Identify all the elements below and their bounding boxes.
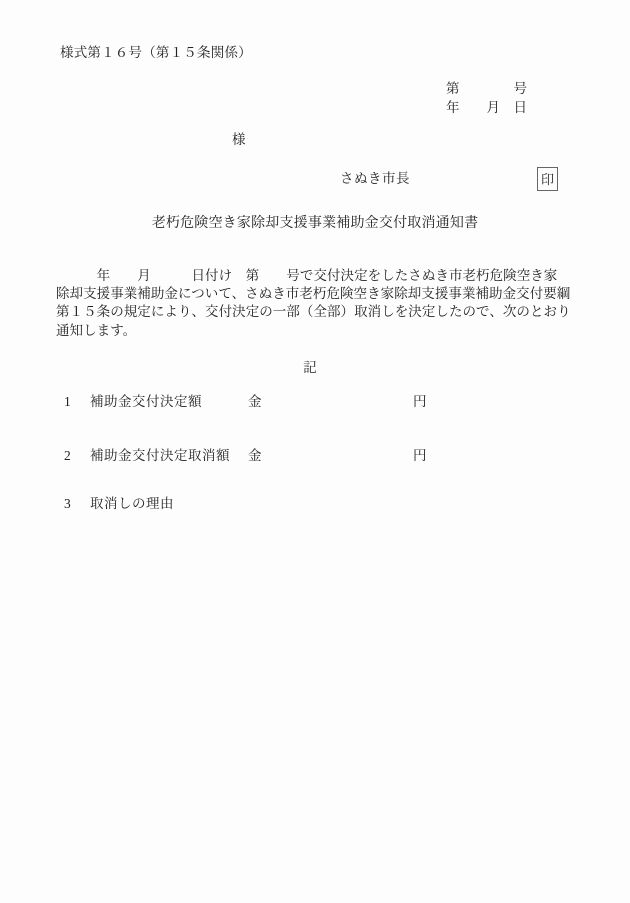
currency-prefix: 金 bbox=[248, 395, 262, 409]
item-label: 取消しの理由 bbox=[90, 497, 174, 511]
document-number-line: 第 号 bbox=[446, 82, 527, 96]
body-paragraph: 年 月 日付け 第 号で交付決定をしたさぬき市老朽危険空き家 除却支援事業補助金… bbox=[56, 269, 596, 342]
sender-name: さぬき市長 bbox=[340, 172, 410, 186]
item-row-grant-amount: 1 補助金交付決定額 金 円 bbox=[0, 395, 630, 411]
item-number: 2 bbox=[64, 449, 71, 463]
body-line: 第１５条の規定により、交付決定の一部（全部）取消しを決定したので、次のとおり bbox=[56, 305, 596, 323]
item-row-cancel-reason: 3 取消しの理由 bbox=[0, 497, 630, 513]
seal-label: 印 bbox=[541, 173, 554, 186]
item-number: 1 bbox=[64, 395, 71, 409]
item-label: 補助金交付決定取消額 bbox=[90, 449, 230, 463]
item-number: 3 bbox=[64, 497, 71, 511]
seal-box: 印 bbox=[537, 167, 558, 191]
record-heading: 記 bbox=[0, 361, 620, 375]
date-line: 年 月 日 bbox=[446, 101, 527, 115]
body-line: 年 月 日付け 第 号で交付決定をしたさぬき市老朽危険空き家 bbox=[56, 269, 596, 287]
item-row-cancel-amount: 2 補助金交付決定取消額 金 円 bbox=[0, 449, 630, 465]
addressee-honorific: 様 bbox=[232, 133, 246, 147]
body-line: 除却支援事業補助金について、さぬき市老朽危険空き家除却支援事業補助金交付要綱 bbox=[56, 287, 596, 305]
currency-suffix: 円 bbox=[413, 395, 427, 409]
document-page: 様式第１６号（第１５条関係） 第 号 年 月 日 様 さぬき市長 印 老朽危険空… bbox=[0, 0, 630, 903]
document-title: 老朽危険空き家除却支援事業補助金交付取消通知書 bbox=[0, 217, 630, 231]
currency-suffix: 円 bbox=[413, 449, 427, 463]
item-label: 補助金交付決定額 bbox=[90, 395, 202, 409]
form-number: 様式第１６号（第１５条関係） bbox=[60, 46, 252, 60]
body-line: 通知します。 bbox=[56, 324, 596, 342]
currency-prefix: 金 bbox=[248, 449, 262, 463]
